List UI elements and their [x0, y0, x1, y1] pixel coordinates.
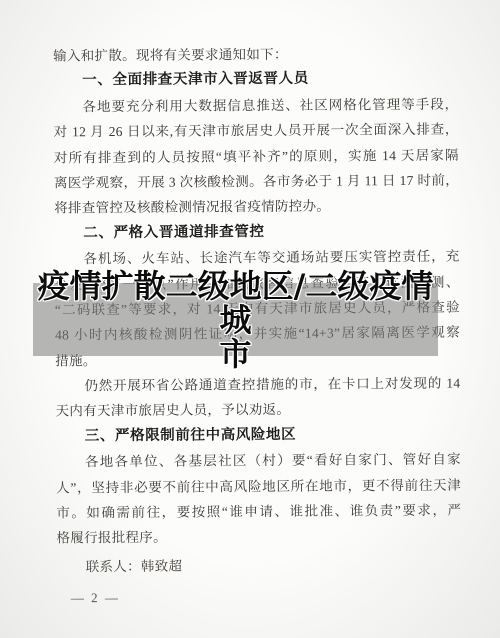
doc-line: 天内有天津市旅居史人员，予以劝返。: [56, 396, 461, 424]
page-number: — 2 —: [57, 583, 462, 611]
doc-line: 对所有排查到的人员按照“填平补齐”的原则，实施 14 天居家隔: [54, 142, 459, 170]
doc-line: 各地要充分利用大数据信息推送、社区网格化管理等手段，: [53, 91, 458, 119]
doc-line: 联系人：韩致超: [57, 551, 462, 579]
doc-line: 三、严格限制前往中高风险地区: [56, 421, 461, 449]
doc-line: 将排查管控及核酸检测情况报省疫情防控办。: [54, 193, 459, 221]
doc-line: 各地各单位、各基层社区（村）要“看好自家门、管好自家: [56, 447, 461, 475]
doc-line: 离医学观察，开展 3 次核酸检测。各市务必于 1 月 11 日 17 时前，: [54, 168, 459, 196]
doc-line: 人”，坚持非必要不前往中高风险地区所在地市，更不得前往天津: [56, 472, 461, 500]
doc-line: 格履行报批程序。: [56, 523, 461, 551]
doc-line: 仍然开展环省公路通道查控措施的市，在卡口上对发现的 14: [55, 371, 460, 399]
watermark-overlay: 疫情扩散二级地区/二级疫情城 市: [33, 283, 438, 356]
watermark-headline-text: 疫情扩散二级地区/二级疫情城 市: [33, 269, 438, 371]
doc-line: 二、严格入晋通道排查管控: [54, 218, 459, 246]
doc-line: 一、全面排查天津市入晋返晋人员: [53, 66, 458, 94]
doc-line: 对 12 月 26 日以来,有天津市旅居史人员开展一次全面深入排查，: [54, 117, 459, 145]
doc-line: 输入和扩散。现将有关要求通知如下：: [53, 41, 458, 69]
doc-line: 市。如确需前往，要按照“谁申请、谁批准、谁负责”要求，严: [56, 498, 461, 526]
